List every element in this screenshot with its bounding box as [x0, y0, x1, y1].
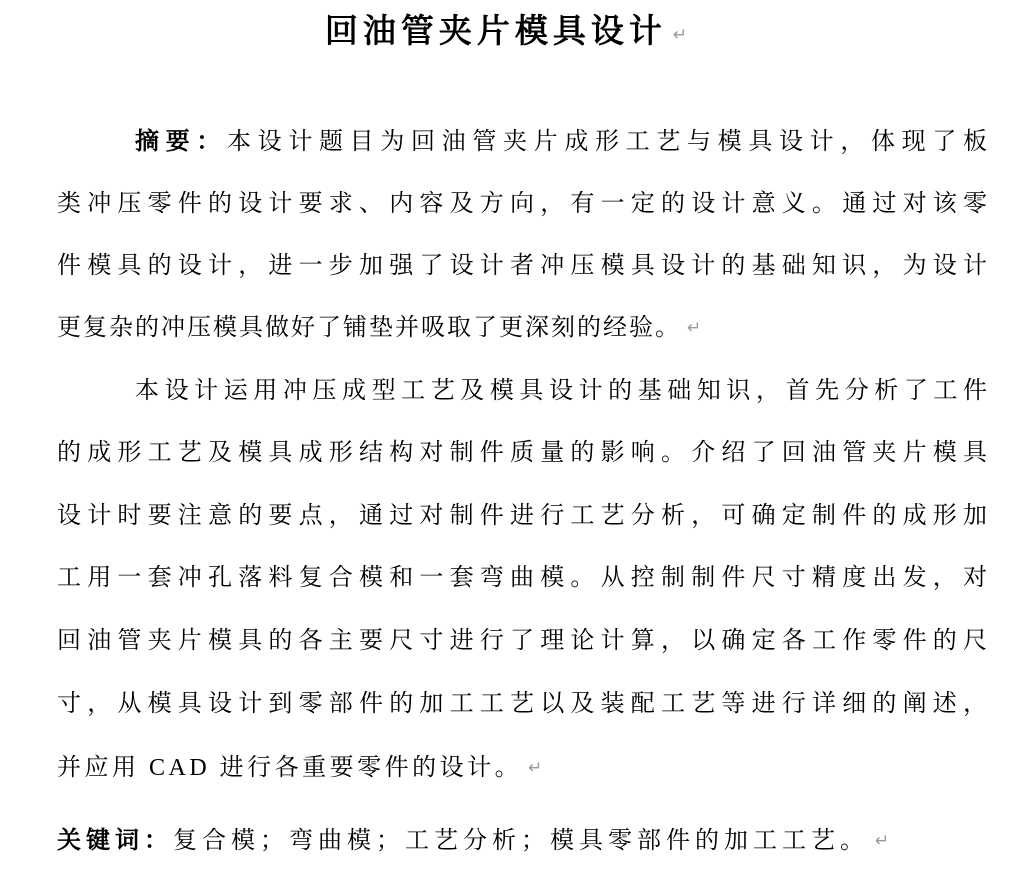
line-text: 回油管夹片模具的各主要尺寸进行了理论计算，以确定各工作零件的尺: [57, 628, 987, 654]
line-text: 寸，从模具设计到零部件的加工工艺以及装配工艺等进行详细的阐述，: [57, 691, 987, 717]
paragraph-mark-icon: ↵: [528, 758, 542, 778]
abstract-line-7: 设计时要注意的要点，通过对制件进行工艺分析，可确定制件的成形加: [57, 499, 987, 533]
line-text: 工用一套冲孔落料复合模和一套弯曲模。从控制制件尺寸精度出发，对: [57, 565, 987, 591]
paragraph-mark-icon: ↵: [673, 25, 687, 45]
line-text: 件模具的设计，进一步加强了设计者冲压模具设计的基础知识，为设计: [57, 253, 987, 279]
line-text: 本设计题目为回油管夹片成形工艺与模具设计，体现了板: [227, 129, 987, 155]
abstract-line-9: 回油管夹片模具的各主要尺寸进行了理论计算，以确定各工作零件的尺: [57, 624, 987, 658]
abstract-line-8: 工用一套冲孔落料复合模和一套弯曲模。从控制制件尺寸精度出发，对: [57, 561, 987, 595]
abstract-line-6: 的成形工艺及模具成形结构对制件质量的影响。介绍了回油管夹片模具: [57, 436, 987, 470]
line-text: 并应用 CAD 进行各重要零件的设计。: [57, 755, 522, 781]
document-title: 回油管夹片模具设计↵: [0, 10, 1012, 57]
abstract-line-10: 寸，从模具设计到零部件的加工工艺以及装配工艺等进行详细的阐述，: [57, 687, 987, 721]
keywords-line: 关键词：复合模；弯曲模；工艺分析；模具零部件的加工工艺。↵: [57, 824, 987, 858]
line-text: 设计时要注意的要点，通过对制件进行工艺分析，可确定制件的成形加: [57, 503, 987, 529]
keywords-label: 关键词：: [57, 828, 173, 854]
line-text: 本设计运用冲压成型工艺及模具设计的基础知识，首先分析了工件: [135, 378, 987, 404]
abstract-line-3: 件模具的设计，进一步加强了设计者冲压模具设计的基础知识，为设计: [57, 249, 987, 283]
abstract-line-11: 并应用 CAD 进行各重要零件的设计。↵: [57, 751, 987, 785]
paragraph-mark-icon: ↵: [687, 318, 701, 338]
abstract-line-1: 摘要：本设计题目为回油管夹片成形工艺与模具设计，体现了板: [57, 125, 987, 159]
title-text: 回油管夹片模具设计: [325, 14, 667, 50]
abstract-line-5: 本设计运用冲压成型工艺及模具设计的基础知识，首先分析了工件: [57, 374, 987, 408]
abstract-line-2: 类冲压零件的设计要求、内容及方向，有一定的设计意义。通过对该零: [57, 187, 987, 221]
line-text: 类冲压零件的设计要求、内容及方向，有一定的设计意义。通过对该零: [57, 191, 987, 217]
line-text: 更复杂的冲压模具做好了铺垫并吸取了更深刻的经验。: [57, 315, 681, 341]
line-text: 的成形工艺及模具成形结构对制件质量的影响。介绍了回油管夹片模具: [57, 440, 987, 466]
abstract-line-4: 更复杂的冲压模具做好了铺垫并吸取了更深刻的经验。↵: [57, 311, 987, 345]
keywords-text: 复合模；弯曲模；工艺分析；模具零部件的加工工艺。: [173, 828, 869, 854]
paragraph-mark-icon: ↵: [875, 831, 889, 851]
document-page: 回油管夹片模具设计↵ 摘要：本设计题目为回油管夹片成形工艺与模具设计，体现了板 …: [0, 0, 1012, 873]
abstract-label: 摘要：: [135, 129, 227, 155]
